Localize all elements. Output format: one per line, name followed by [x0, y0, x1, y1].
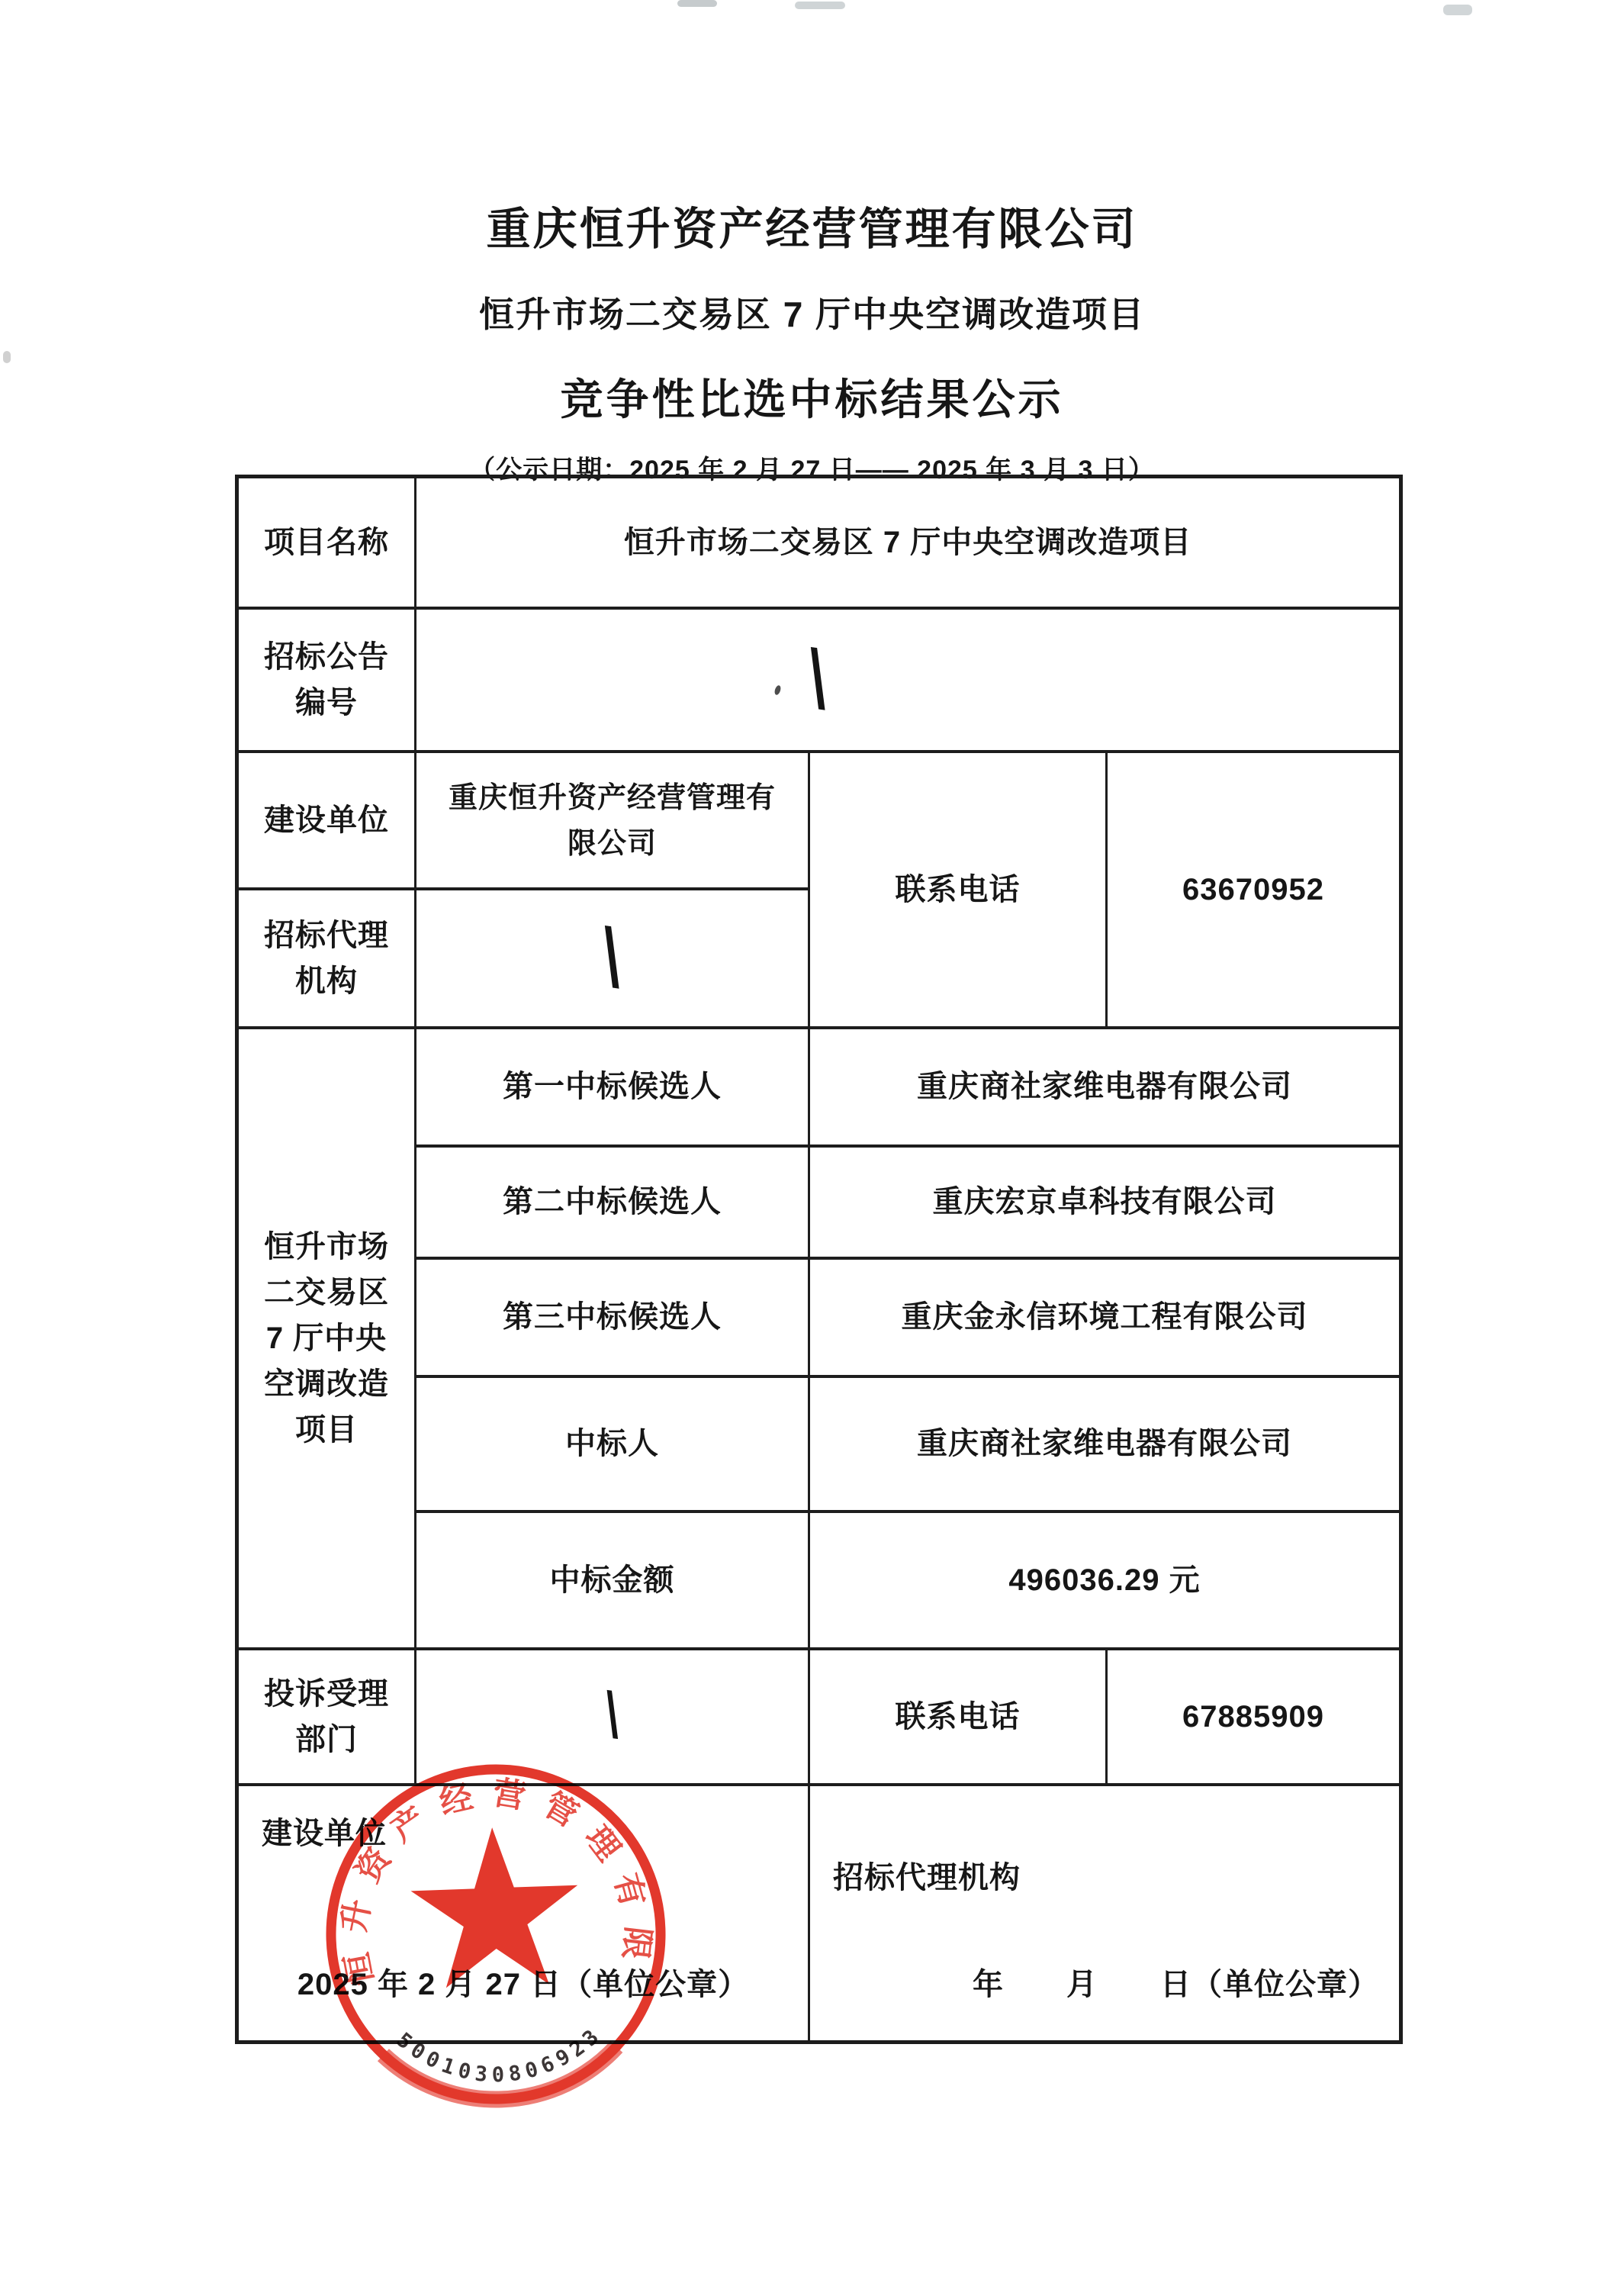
candidate2-label: 第二中标候选人 [416, 1146, 809, 1258]
announcement-no-label: 招标公告 编号 [237, 608, 416, 752]
scan-artifact [677, 0, 717, 7]
owner-signature-label: 建设单位 [262, 1811, 387, 1856]
agency-signature-cell: 招标代理机构 年 月 日（单位公章） [809, 1785, 1401, 2043]
project-name-value: 恒升市场二交易区 7 厅中央空调改造项目 [416, 477, 1401, 608]
owner-signature-cell: 建设单位 2025 年 2 月 27 日（单位公章） [237, 1785, 809, 2043]
complaint-dept-label: 投诉受理 部门 [237, 1649, 416, 1785]
complaint-dept-value: \ [416, 1649, 809, 1785]
candidate1-value: 重庆商社家维电器有限公司 [809, 1028, 1401, 1146]
winner-value: 重庆商社家维电器有限公司 [809, 1376, 1401, 1512]
announcement-no-value: \ [416, 608, 1401, 752]
candidate1-label: 第一中标候选人 [416, 1028, 809, 1146]
empty-slash-mark: \ [801, 637, 835, 722]
owner-label: 建设单位 [237, 752, 416, 889]
scan-artifact [795, 2, 845, 9]
seal-ink-smudge [383, 2047, 618, 2104]
document-page: 重庆恒升资产经营管理有限公司 恒升市场二交易区 7 厅中央空调改造项目 竞争性比… [0, 0, 1624, 2289]
owner-value: 重庆恒升资产经营管理有 限公司 [416, 752, 809, 889]
scan-artifact [3, 351, 11, 363]
candidate3-label: 第三中标候选人 [416, 1258, 809, 1376]
complaint-phone-value: 67885909 [1107, 1649, 1401, 1785]
empty-slash-mark: \ [599, 1682, 625, 1747]
agency-label: 招标代理 机构 [237, 889, 416, 1028]
page-title: 重庆恒升资产经营管理有限公司 [0, 193, 1624, 257]
project-group-cell: 恒升市场 二交易区 7 厅中央 空调改造 项目 [237, 1028, 416, 1649]
candidate3-value: 重庆金永信环境工程有限公司 [809, 1258, 1401, 1376]
agency-signature-date: 年 月 日（单位公章） [973, 1962, 1379, 2007]
contact-phone-label: 联系电话 [809, 752, 1107, 1028]
agency-value: \ [416, 889, 809, 1028]
amount-label: 中标金额 [416, 1512, 809, 1649]
contact-phone-value: 63670952 [1107, 752, 1401, 1028]
empty-slash-mark: \ [595, 916, 629, 1000]
project-name-label: 项目名称 [237, 477, 416, 608]
agency-signature-label: 招标代理机构 [833, 1855, 1021, 1901]
amount-value: 496036.29 元 [809, 1512, 1401, 1649]
owner-signature-date: 2025 年 2 月 27 日（单位公章） [239, 1962, 808, 2007]
winner-label: 中标人 [416, 1376, 809, 1512]
complaint-phone-label: 联系电话 [809, 1649, 1107, 1785]
candidate2-value: 重庆宏京卓科技有限公司 [809, 1146, 1401, 1258]
result-table: 项目名称 恒升市场二交易区 7 厅中央空调改造项目 招标公告 编号 \ 建设单位… [235, 475, 1403, 2044]
project-subtitle: 恒升市场二交易区 7 厅中央空调改造项目 [0, 287, 1624, 337]
scan-artifact [1443, 5, 1472, 15]
announcement-title: 竞争性比选中标结果公示 [0, 366, 1624, 427]
